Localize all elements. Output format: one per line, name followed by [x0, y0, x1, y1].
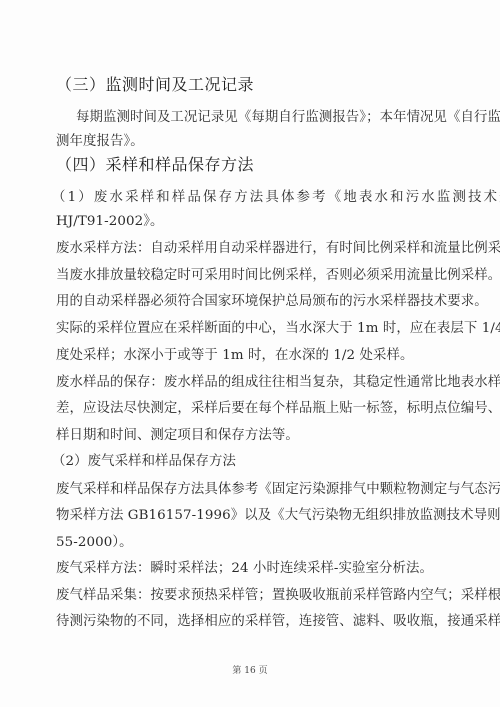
paragraph-line: 测年度报告》。 — [56, 133, 448, 151]
paragraph-line: 55-2000）。 — [56, 534, 448, 552]
paragraph-line: 每期监测时间及工况记录见《每期自行监测报告》；本年情况见《自行监 — [76, 109, 468, 127]
paragraph-line: 样日期和时间、测定项目和保存方法等。 — [56, 427, 448, 445]
section-heading-sampling-methods: （四）采样和样品保存方法 — [56, 156, 448, 174]
paragraph-line: 实际的采样位置应在采样断面的中心，当水深大于 1m 时，应在表层下 1/4 深 — [56, 320, 448, 338]
paragraph-line: 物采样方法 GB16157-1996》以及《大气污染物无组织排放监测技术导则》（… — [56, 507, 448, 525]
paragraph-line: 度处采样；水深小于或等于 1m 时，在水深的 1/2 处采样。 — [56, 347, 448, 365]
section-heading-monitoring-time: （三）监测时间及工况记录 — [56, 76, 448, 94]
paragraph-line: 当废水排放量较稳定时可采用时间比例采样，否则必须采用流量比例采样。所 — [56, 267, 448, 285]
paragraph-line: 废水样品的保存：废水样品的组成往往相当复杂，其稳定性通常比地表水样更 — [56, 374, 448, 392]
document-page: （三）监测时间及工况记录 每期监测时间及工况记录见《每期自行监测报告》；本年情况… — [0, 0, 500, 707]
paragraph-line: 差，应设法尽快测定，采样后要在每个样品瓶上贴一标签，标明点位编号、采 — [56, 400, 448, 418]
paragraph-line: 废气样品采集：按要求预热采样管；置换吸收瓶前采样管路内空气；采样根据 — [56, 587, 448, 605]
paragraph-line: 废水采样方法：自动采样用自动采样器进行，有时间比例采样和流量比例采样。 — [56, 240, 448, 258]
item-wastewater-reference: （1）废水采样和样品保存方法具体参考《地表水和污水监测技术规范 — [52, 189, 444, 207]
paragraph-line: HJ/T91-2002》。 — [56, 213, 448, 231]
paragraph-line: 废气采样方法：瞬时采样法；24 小时连续采样-实验室分析法。 — [56, 560, 448, 578]
page-number: 第 16 页 — [0, 663, 500, 676]
paragraph-line: 待测污染物的不同，选择相应的采样管，连接管、滤料、吸收瓶，接通采样管路， — [56, 613, 448, 631]
item-gas-sampling-heading: （2）废气采样和样品保存方法 — [52, 453, 444, 471]
paragraph-line: 用的自动采样器必须符合国家环境保护总局颁布的污水采样器技术要求。 — [56, 293, 448, 311]
paragraph-line: 废气采样和样品保存方法具体参考《固定污染源排气中颗粒物测定与气态污染 — [56, 481, 448, 499]
